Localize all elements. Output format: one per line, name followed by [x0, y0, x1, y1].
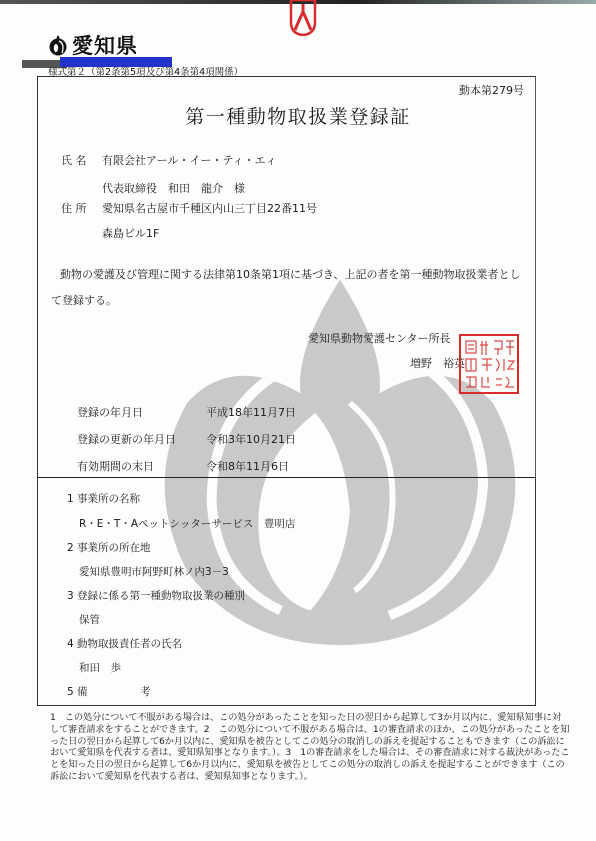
expiry-date-label: 有効期間の末日: [77, 458, 154, 474]
representative-name: 代表取締役 和田 龍介 様: [102, 180, 245, 196]
issuer-name: 増野 裕英: [410, 355, 465, 371]
issuer-title: 愛知県動物愛護センター所長: [308, 330, 451, 346]
item-2-heading: 2 事業所の所在地: [67, 540, 151, 555]
address-line1: 愛知県名古屋市千種区内山三丁目22番11号: [102, 200, 317, 216]
item-1-heading: 1 事業所の名称: [67, 491, 140, 506]
item-5-heading: 5 備 考: [67, 684, 151, 699]
name-label: 氏 名: [61, 152, 87, 168]
company-name: 有限会社アール・イー・ティ・エィ: [102, 152, 277, 168]
prefecture-name: 愛知県: [72, 30, 138, 60]
renewal-date-label: 登録の更新の年月日: [77, 431, 176, 447]
registration-statement: 動物の愛護及び管理に関する法律第10条第1項に基づき、上記の者を第一種動物取扱業…: [51, 262, 521, 314]
page-title: 第一種動物取扱業登録証: [0, 102, 596, 129]
item-4-heading: 4 動物取扱責任者の氏名: [67, 636, 182, 651]
item-4-value: 和田 歩: [79, 660, 121, 675]
official-seal-icon: [458, 333, 520, 395]
renewal-date-value: 令和3年10月21日: [206, 431, 296, 447]
appeal-notes: 1 この処分について不服がある場合は、この処分があったことを知った日の翌日から起…: [50, 712, 570, 783]
certificate-number: 動本第279号: [459, 82, 524, 98]
partial-seal-stamp-icon: [288, 0, 318, 36]
registration-date-label: 登録の年月日: [77, 404, 143, 420]
prefecture-logo: 愛知県: [47, 30, 138, 60]
item-2-value: 愛知県豊明市阿野町林ノ内3－3: [79, 564, 229, 579]
registration-date-value: 平成18年11月7日: [206, 404, 296, 420]
aichi-emblem-icon: [47, 34, 69, 56]
expiry-date-value: 令和8年11月6日: [206, 458, 289, 474]
address-line2: 森島ビル1F: [102, 225, 159, 241]
item-3-heading: 3 登録に係る第一種動物取扱業の種別: [67, 588, 245, 603]
item-3-value: 保管: [79, 612, 100, 627]
item-1-value: R・E・T・Aペットシッターサービス 豊明店: [79, 516, 295, 531]
address-label: 住 所: [61, 200, 87, 216]
